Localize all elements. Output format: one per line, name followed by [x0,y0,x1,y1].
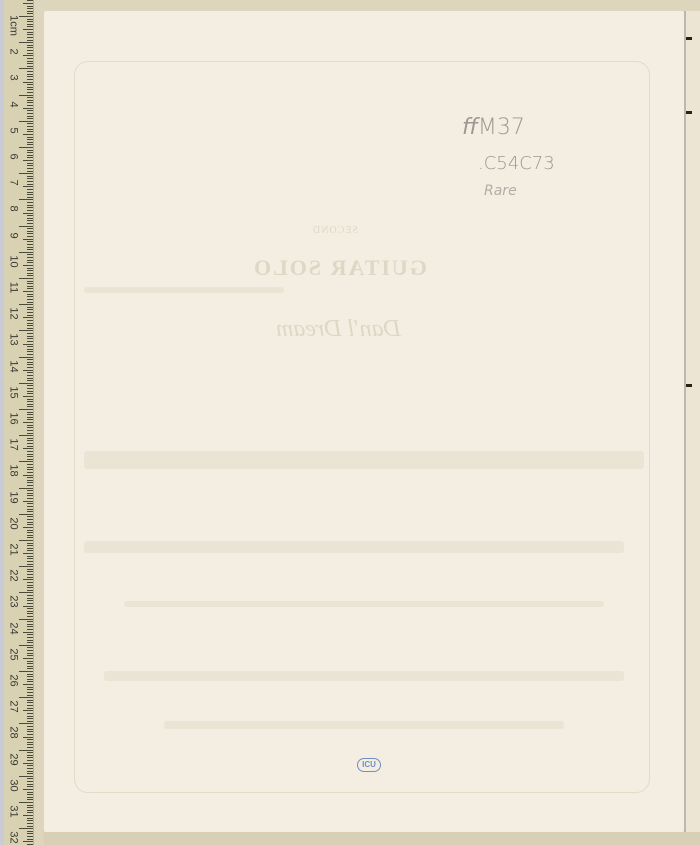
ruler-tick [27,378,33,379]
ruler-label: 24 [8,617,19,639]
ruler-tick [27,404,33,405]
ruler-label: 7 [8,172,19,194]
library-stamp: ICU [357,758,381,772]
ruler-tick [27,207,33,208]
ruler-tick [23,160,33,161]
ruler-tick [27,530,33,531]
ruler-tick [27,524,33,525]
ruler-tick [27,401,33,402]
ruler-tick [27,61,33,62]
ruler-tick [27,535,33,536]
ruler-tick [27,215,33,216]
ruler-tick [27,333,33,334]
ruler-label: 5 [8,119,19,141]
ruler-label: 27 [8,696,19,718]
ruler-tick [19,828,33,829]
ruler-tick [27,118,33,119]
ruler-tick [27,807,33,808]
ruler-tick [27,477,33,478]
ruler-tick [27,493,33,494]
ruler-tick [27,417,33,418]
ruler-tick [27,689,33,690]
staple-mark [686,111,692,114]
ruler-tick [27,498,33,499]
ruler-tick [27,302,33,303]
ruler-tick [23,29,33,30]
ruler-tick [27,354,33,355]
ruler-tick [27,351,33,352]
ruler-tick [27,336,33,337]
ruler-tick [27,58,33,59]
ruler-tick [27,105,33,106]
ruler-tick [27,92,33,93]
bleedthrough-small-heading: SECOND [312,225,358,236]
ruler-tick [19,121,33,122]
ruler-tick [27,653,33,654]
ruler-tick [27,19,33,20]
ruler-tick [23,396,33,397]
call-number-line1: ffM37 [462,115,525,140]
ruler-tick [27,812,33,813]
ruler-tick [27,797,33,798]
ruler-tick [27,233,33,234]
ruler-tick [27,773,33,774]
ruler-tick [27,726,33,727]
ruler-tick [27,600,33,601]
bleedthrough-title: GUITAR SOLO [252,255,427,281]
ruler-tick [27,375,33,376]
ruler-label: 9 [8,224,19,246]
ruler-tick [27,286,33,287]
ruler-tick [27,34,33,35]
ruler-tick [27,210,33,211]
ruler-label: 31 [8,801,19,823]
ruler-tick [27,414,33,415]
ruler-tick [27,590,33,591]
ruler-tick [19,750,33,751]
ruler-tick [27,537,33,538]
ruler-tick [27,427,33,428]
ruler-tick [23,658,33,659]
ruler-tick [27,826,33,827]
ruler-tick [27,393,33,394]
ruler-tick [27,8,33,9]
ruler-tick [27,818,33,819]
ruler-tick [19,16,33,17]
ruler-label: 10 [8,250,19,272]
call-number-class: M37 [478,115,525,140]
ruler-tick [27,184,33,185]
ruler-tick [27,799,33,800]
ruler-tick [27,823,33,824]
ruler-tick [27,309,33,310]
ruler-label: 28 [8,722,19,744]
ruler-tick [27,731,33,732]
ruler-label: 25 [8,643,19,665]
ruler-tick [23,108,33,109]
ruler-tick [27,126,33,127]
ruler-tick [27,137,33,138]
ruler-tick [27,747,33,748]
ruler-tick [27,760,33,761]
ruler-tick [27,71,33,72]
ruler-tick [27,254,33,255]
ruler-tick [27,165,33,166]
ruler-tick [27,742,33,743]
ruler-tick [27,755,33,756]
ruler-tick [27,26,33,27]
ruler-tick [27,464,33,465]
ruler-tick [19,540,33,541]
ruler-tick [27,752,33,753]
ruler-tick [27,695,33,696]
bleedthrough-rule [84,541,624,553]
ruler-label: 2 [8,41,19,63]
ruler-tick [27,561,33,562]
ruler-tick [27,443,33,444]
ruler-tick [27,574,33,575]
ruler-tick [23,789,33,790]
ruler-tick [27,139,33,140]
ruler-tick [27,634,33,635]
ruler-tick [27,734,33,735]
ruler-tick [23,134,33,135]
ruler-tick [27,270,33,271]
ruler-tick [23,370,33,371]
ruler-tick [27,663,33,664]
ruler-tick [27,495,33,496]
ruler-tick [27,399,33,400]
ruler-tick [27,262,33,263]
ruler-tick [27,268,33,269]
ruler-tick [27,66,33,67]
ruler-tick [27,503,33,504]
ruler-tick [27,37,33,38]
ruler-tick [27,320,33,321]
ruler-tick [27,157,33,158]
ruler-tick [27,84,33,85]
binding-edge [684,11,700,832]
ruler-tick [27,315,33,316]
ruler-tick [19,95,33,96]
ruler-tick [27,100,33,101]
ruler-tick [23,291,33,292]
ruler-tick [27,144,33,145]
page-border-frame [74,61,650,793]
ruler-tick [27,74,33,75]
ruler-tick [27,661,33,662]
ruler-tick [19,199,33,200]
ruler-tick [27,142,33,143]
ruler-tick [27,391,33,392]
ruler-label: 3 [8,67,19,89]
ruler-tick [27,50,33,51]
bleedthrough-rule [124,601,604,607]
ruler-tick [27,831,33,832]
ruler-tick [27,123,33,124]
ruler-tick [27,548,33,549]
ruler-tick [27,24,33,25]
ruler-tick [27,87,33,88]
ruler-tick [27,640,33,641]
ruler-tick [27,472,33,473]
ruler-tick [27,692,33,693]
ruler-tick [27,113,33,114]
ruler-tick [27,178,33,179]
ruler-tick [27,129,33,130]
ruler-tick [27,679,33,680]
staple-mark [686,37,692,40]
ruler-tick [27,757,33,758]
ruler-tick [23,501,33,502]
ruler-tick [19,514,33,515]
ruler-tick [23,763,33,764]
ruler-label: 23 [8,591,19,613]
document-page: SECOND GUITAR SOLO Dan'l Dream ffM37 .C5… [44,11,684,832]
ruler-tick [27,102,33,103]
ruler-tick [27,346,33,347]
ruler-tick [27,76,33,77]
ruler-tick [27,299,33,300]
measuring-ruler: 1cm2345678910111213141516171819202122232… [0,0,34,845]
ruler-tick [23,448,33,449]
ruler-tick [27,482,33,483]
ruler-tick [23,265,33,266]
ruler-tick [27,40,33,41]
ruler-tick [27,792,33,793]
ruler-tick [19,619,33,620]
ruler-tick [27,433,33,434]
ruler-tick [19,330,33,331]
ruler-label: 6 [8,146,19,168]
ruler-tick [27,446,33,447]
ruler-tick [27,771,33,772]
ruler-tick [27,364,33,365]
ruler-tick [27,328,33,329]
ruler-tick [27,247,33,248]
ruler-label: 12 [8,303,19,325]
ruler-tick [27,587,33,588]
ruler-tick [27,522,33,523]
ruler-tick [27,778,33,779]
ruler-tick [27,794,33,795]
ruler-tick [27,595,33,596]
ruler-tick [23,710,33,711]
ruler-tick [27,228,33,229]
ruler-tick [27,281,33,282]
ruler-tick [27,430,33,431]
ruler-tick [27,637,33,638]
ruler-tick [27,836,33,837]
ruler-tick [27,569,33,570]
ruler-tick [19,304,33,305]
ruler-tick [23,239,33,240]
ruler-tick [23,632,33,633]
ruler-tick [27,718,33,719]
ruler-tick [27,406,33,407]
ruler-tick [27,11,33,12]
ruler-tick [27,451,33,452]
ruler-tick [27,550,33,551]
ruler-tick [27,624,33,625]
ruler-tick [27,839,33,840]
ruler-tick [19,645,33,646]
ruler-tick [27,616,33,617]
ruler-tick [27,642,33,643]
ruler-tick [27,577,33,578]
ruler-tick [19,68,33,69]
ruler-tick [27,79,33,80]
ruler-tick [27,506,33,507]
ruler-tick [27,571,33,572]
ruler-label: 18 [8,460,19,482]
ruler-label: 26 [8,670,19,692]
ruler-tick [23,475,33,476]
ruler-tick [27,6,33,7]
ruler-tick [27,425,33,426]
call-number-line3: Rare [484,183,517,199]
ruler-tick [27,307,33,308]
ruler-tick [19,226,33,227]
ruler-tick [27,97,33,98]
ruler-tick [27,362,33,363]
ruler-tick [27,197,33,198]
ruler-tick [27,480,33,481]
ruler-tick [23,317,33,318]
ruler-tick [27,647,33,648]
ruler-tick [27,260,33,261]
ruler-tick [27,181,33,182]
ruler-tick [27,171,33,172]
ruler-tick [27,380,33,381]
ruler-tick [27,585,33,586]
ruler-tick [27,189,33,190]
ruler-tick [27,582,33,583]
ruler-tick [27,456,33,457]
ruler-tick [27,218,33,219]
ruler-tick [19,173,33,174]
ruler-tick [19,776,33,777]
ruler-tick [27,296,33,297]
ruler-tick [27,708,33,709]
ruler-tick [27,440,33,441]
ruler-label: 32 [8,827,19,845]
ruler-tick [27,674,33,675]
ruler-tick [27,372,33,373]
ruler-tick [27,676,33,677]
ruler-label: 1cm [8,15,19,37]
ruler-tick [19,357,33,358]
ruler-tick [27,668,33,669]
ruler-tick [27,459,33,460]
ruler-tick [27,705,33,706]
ruler-tick [27,519,33,520]
ruler-tick [19,278,33,279]
ruler-tick [23,82,33,83]
ruler-tick [27,155,33,156]
ruler-tick [27,765,33,766]
ruler-tick [27,294,33,295]
ruler-tick [27,349,33,350]
ruler-tick [27,116,33,117]
ruler-tick [23,684,33,685]
ruler-tick [19,409,33,410]
ruler-tick [27,312,33,313]
ruler-tick [27,564,33,565]
ruler-tick [27,273,33,274]
ruler-tick [27,509,33,510]
ruler-tick [27,231,33,232]
ruler-tick [19,147,33,148]
ruler-tick [19,671,33,672]
ruler-tick [27,655,33,656]
ruler-tick [27,223,33,224]
ruler-tick [27,194,33,195]
ruler-tick [27,168,33,169]
ruler-tick [23,553,33,554]
ruler-tick [27,820,33,821]
bleedthrough-rule [84,451,644,469]
ruler-tick [19,461,33,462]
ruler-tick [27,257,33,258]
ruler-tick [27,598,33,599]
ruler-label: 4 [8,93,19,115]
ruler-tick [27,385,33,386]
ruler-tick [27,626,33,627]
ruler-tick [27,784,33,785]
ruler-tick [27,629,33,630]
ruler-tick [27,768,33,769]
ruler-tick [27,467,33,468]
ruler-tick [27,32,33,33]
ruler-tick [27,45,33,46]
call-number-line2: .C54C73 [478,153,555,174]
ruler-tick [27,388,33,389]
ruler-tick [27,249,33,250]
ruler-tick [19,42,33,43]
staple-mark [686,384,692,387]
ruler-tick [27,192,33,193]
ruler-tick [23,606,33,607]
ruler-tick [27,367,33,368]
ruler-tick [27,739,33,740]
ruler-tick [27,469,33,470]
ruler-tick [27,556,33,557]
bleedthrough-subtitle: Dan'l Dream [276,316,401,343]
ruler-tick [19,697,33,698]
ruler-tick [27,341,33,342]
ruler-tick [27,545,33,546]
ruler-label: 15 [8,381,19,403]
ruler-tick [27,205,33,206]
ruler-tick [19,435,33,436]
ruler-tick [27,63,33,64]
ruler-tick [27,702,33,703]
ruler-tick [19,383,33,384]
ruler-tick [23,422,33,423]
ruler-tick [19,252,33,253]
ruler-tick [23,579,33,580]
ruler-tick [27,241,33,242]
ruler-tick [27,608,33,609]
ruler-tick [23,55,33,56]
ruler-tick [27,21,33,22]
ruler-tick [19,566,33,567]
ruler-label: 19 [8,486,19,508]
ruler-tick [27,438,33,439]
ruler-tick [27,805,33,806]
ruler-tick [27,454,33,455]
